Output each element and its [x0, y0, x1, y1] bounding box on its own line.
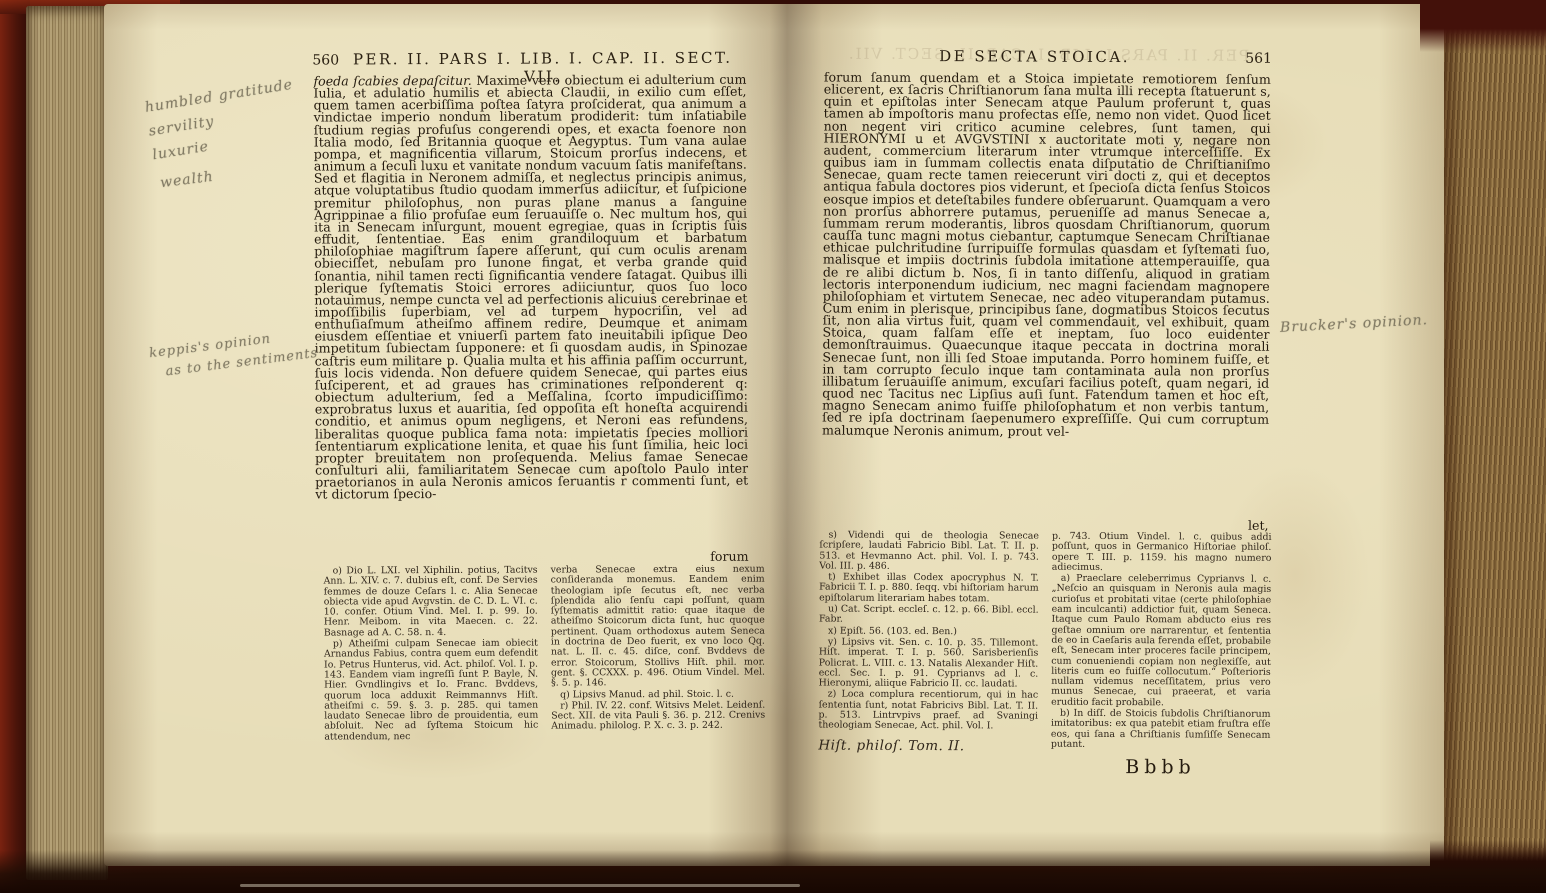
left-page-number: 560 — [312, 52, 339, 68]
right-footnote-column-2: p. 743. Otium Vindel. l. c. quibus addi … — [1051, 532, 1272, 774]
right-page-number: 561 — [1245, 51, 1272, 67]
book-cover-corner-top-right — [1420, 0, 1546, 52]
footnote-a: a) Praeclare celeberrimus Cyprianvs l. c… — [1051, 574, 1271, 709]
footnote-p: p) Atheiſmi culpam Senecae iam obiecit A… — [324, 639, 538, 743]
table-edge-highlight — [240, 884, 800, 887]
volume-signature: Hiſt. philoſ. Tom. II. — [818, 740, 1038, 751]
right-footnotes: s) Videndi qui de theologia Senecae ſcri… — [818, 530, 1271, 773]
footnote-r: r) Phil. IV. 22. conf. Witsivs Melet. Le… — [551, 700, 765, 732]
footnote-b: b) In diſſ. de Stoicis ſubdolis Chriſtia… — [1051, 709, 1271, 751]
right-body-text: forum ſanum quendam et a Stoica impietat… — [822, 71, 1271, 438]
gathering-mark: Bbbb — [1051, 762, 1271, 773]
footnote-s: s) Videndi qui de theologia Senecae ſcri… — [819, 530, 1039, 572]
footnote-y: y) Lipsivs vit. Sen. c. 10. p. 35. Tille… — [819, 637, 1039, 690]
right-page-header: DE SECTA STOICA. 561 — [824, 46, 1272, 66]
footnote-z: z) Loca complura recentiorum, qui in hac… — [818, 690, 1038, 732]
page-edge-stack-right — [1444, 0, 1546, 893]
footnote-z-continued: p. 743. Otium Vindel. l. c. quibus addi … — [1052, 532, 1272, 574]
right-footnote-column-1: s) Videndi qui de theologia Senecae ſcri… — [818, 530, 1039, 772]
right-page: PER. II. PARS I. LIB. I. CAP. II. SECT. … — [774, 2, 1449, 867]
footnote-t: t) Exhibet illas Codex apocryphus N. T. … — [819, 573, 1039, 605]
left-footnote-column-1: o) Dio L. LXI. vel Xiphilin. potius, Tac… — [324, 566, 539, 744]
left-body-text: Maxime vero obiectum ei adulterium cum I… — [313, 74, 748, 502]
left-footnote-column-2: verba Senecae extra eius nexum conſidera… — [551, 565, 766, 743]
left-footnotes: o) Dio L. LXI. vel Xiphilin. potius, Tac… — [324, 565, 766, 744]
footnote-u: u) Cat. Script. eccleſ. c. 12. p. 66. Bi… — [819, 605, 1039, 627]
page-edge-stack-left — [26, 6, 108, 880]
footnote-q: q) Lipsivs Manud. ad phil. Stoic. l. c. — [551, 689, 765, 700]
footnote-o: o) Dio L. LXI. vel Xiphilin. potius, Tac… — [324, 566, 538, 639]
right-running-title: DE SECTA STOICA. — [824, 46, 1245, 66]
book-photograph: 560 PER. II. PARS I. LIB. I. CAP. II. SE… — [0, 0, 1546, 893]
right-main-text: forum ſanum quendam et a Stoica impietat… — [822, 71, 1271, 517]
footnote-p-continued: verba Senecae extra eius nexum conſidera… — [551, 565, 766, 689]
left-main-text: foeda ſcabies depaſcitur. Maxime vero ob… — [313, 74, 748, 551]
